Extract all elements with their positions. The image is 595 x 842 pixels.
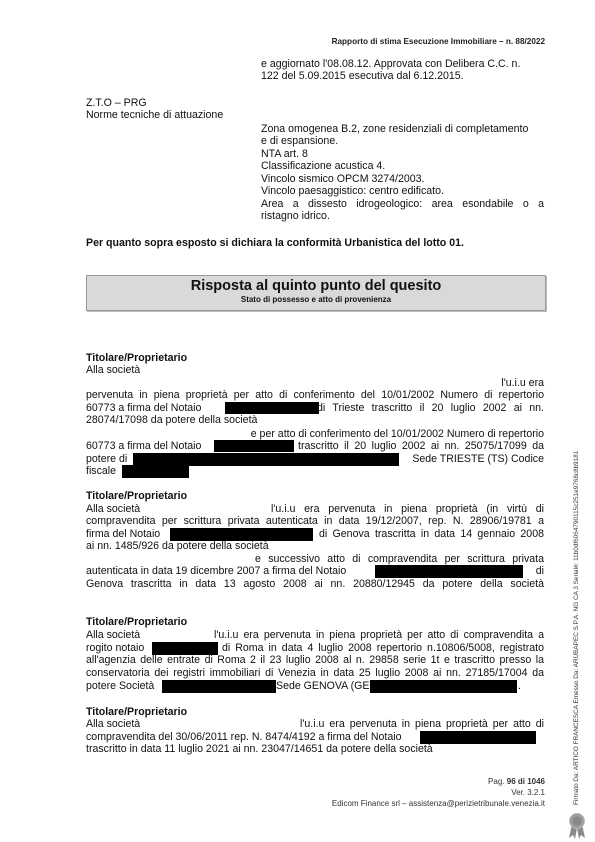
- redaction: [370, 680, 517, 693]
- owner-text: 28074/17098 da potere della società: [86, 414, 257, 427]
- zto-line: NTA art. 8: [261, 148, 308, 161]
- owner-text: compravendita per scrittura privata aute…: [86, 515, 544, 528]
- owner-text: di Genova trascritta in data 14 gennaio …: [319, 528, 544, 541]
- owner-text: e successivo atto di compravendita per s…: [255, 553, 544, 566]
- owner-text: rogito notaio: [86, 642, 144, 655]
- owner-heading: Titolare/Proprietario: [86, 352, 187, 365]
- redaction: [375, 565, 523, 578]
- owner-text: Alla società: [86, 718, 140, 731]
- owner-text: Alla società: [86, 629, 140, 642]
- section-heading-box: Risposta al quinto punto del quesito Sta…: [86, 275, 546, 311]
- company-footer: Edicom Finance srl – assistenza@periziet…: [332, 798, 545, 809]
- page-number: Pag. 96 di 1046: [488, 776, 545, 787]
- owner-text: Alla società: [86, 364, 140, 377]
- owner-text: pervenuta in piena proprietà per atto di…: [86, 389, 544, 402]
- owner-text: di Trieste trascritto il 20 luglio 2002 …: [317, 402, 544, 415]
- redaction: [420, 731, 536, 744]
- section-title: Risposta al quinto punto del quesito: [87, 278, 545, 295]
- owner-text: l'u.i.u era pervenuta in piena proprietà…: [300, 718, 544, 731]
- conformity-statement: Per quanto sopra esposto si dichiara la …: [86, 237, 464, 250]
- redaction: [162, 680, 276, 693]
- redaction: [225, 402, 319, 414]
- owner-text: fiscale: [86, 465, 116, 478]
- zto-line: e di espansione.: [261, 135, 338, 148]
- owner-heading: Titolare/Proprietario: [86, 706, 187, 719]
- owner-text: l'u.i.u era: [501, 377, 544, 390]
- owner-text: 60773 a firma del Notaio: [86, 440, 201, 453]
- owner-text: trascritto il 20 luglio 2002 ai nn. 2507…: [298, 440, 544, 453]
- document-header: Rapporto di stima Esecuzione Immobiliare…: [332, 37, 545, 46]
- zto-label: Z.T.O – PRG: [86, 97, 147, 110]
- zto-line: Classificazione acustica 4.: [261, 160, 385, 173]
- owner-text: potere Società: [86, 680, 154, 693]
- certificate-ribbon-icon: [566, 812, 588, 840]
- version-label: Ver. 3.2.1: [511, 787, 545, 798]
- page-count: 96 di 1046: [507, 777, 545, 786]
- owner-text: potere di: [86, 453, 127, 466]
- owner-text: Sede GENOVA (GE: [276, 680, 369, 693]
- owner-text: Alla società: [86, 503, 140, 516]
- zto-line: ristagno idrico.: [261, 210, 330, 223]
- redaction: [122, 465, 189, 478]
- section-subtitle: Stato di possesso e atto di provenienza: [87, 295, 545, 305]
- owner-text: di Roma in data 4 luglio 2008 repertorio…: [222, 642, 544, 655]
- owner-heading: Titolare/Proprietario: [86, 490, 187, 503]
- owner-text: Genova trascritta in data 13 agosto 2008…: [86, 578, 544, 591]
- owner-text: firma del Notaio: [86, 528, 160, 541]
- owner-text: 60773 a firma del Notaio: [86, 402, 201, 415]
- owner-text: e per atto di conferimento del 10/01/200…: [251, 428, 544, 441]
- owner-text: l'u.i.u era pervenuta in piena proprietà…: [214, 629, 544, 642]
- owner-text: conservatoria dei registri immobiliari d…: [86, 667, 544, 680]
- owner-text: Sede TRIESTE (TS) Codice: [412, 453, 544, 466]
- owner-text: all'agenzia delle entrate di Roma 2 il 2…: [86, 654, 544, 667]
- zto-line: Zona omogenea B.2, zone residenziali di …: [261, 123, 528, 136]
- zto-line: Vincolo sismico OPCM 3274/2003.: [261, 173, 425, 186]
- owner-text: .: [518, 680, 521, 693]
- zto-line: Vincolo paesaggistico: centro edificato.: [261, 185, 444, 198]
- zto-norms-label: Norme tecniche di attuazione: [86, 109, 223, 122]
- owner-text: autenticata in data 19 dicembre 2007 a f…: [86, 565, 346, 578]
- page-prefix: Pag.: [488, 777, 504, 786]
- owner-heading: Titolare/Proprietario: [86, 616, 187, 629]
- owner-text: trascritto in data 11 luglio 2021 ai nn.…: [86, 743, 433, 756]
- intro-line: e aggiornato l'08.08.12. Approvata con D…: [261, 58, 520, 71]
- redaction: [214, 440, 294, 452]
- intro-line: 122 del 5.09.2015 esecutiva dal 6.12.201…: [261, 70, 464, 83]
- owner-text: l'u.i.u era pervenuta in piena proprietà…: [271, 503, 544, 516]
- zto-line: Area a dissesto idrogeologico: area eson…: [261, 198, 544, 211]
- owner-text: ai nn. 1485/926 da potere della società: [86, 540, 269, 553]
- owner-text: compravendita del 30/06/2011 rep. N. 847…: [86, 731, 401, 744]
- owner-text: di: [536, 565, 544, 578]
